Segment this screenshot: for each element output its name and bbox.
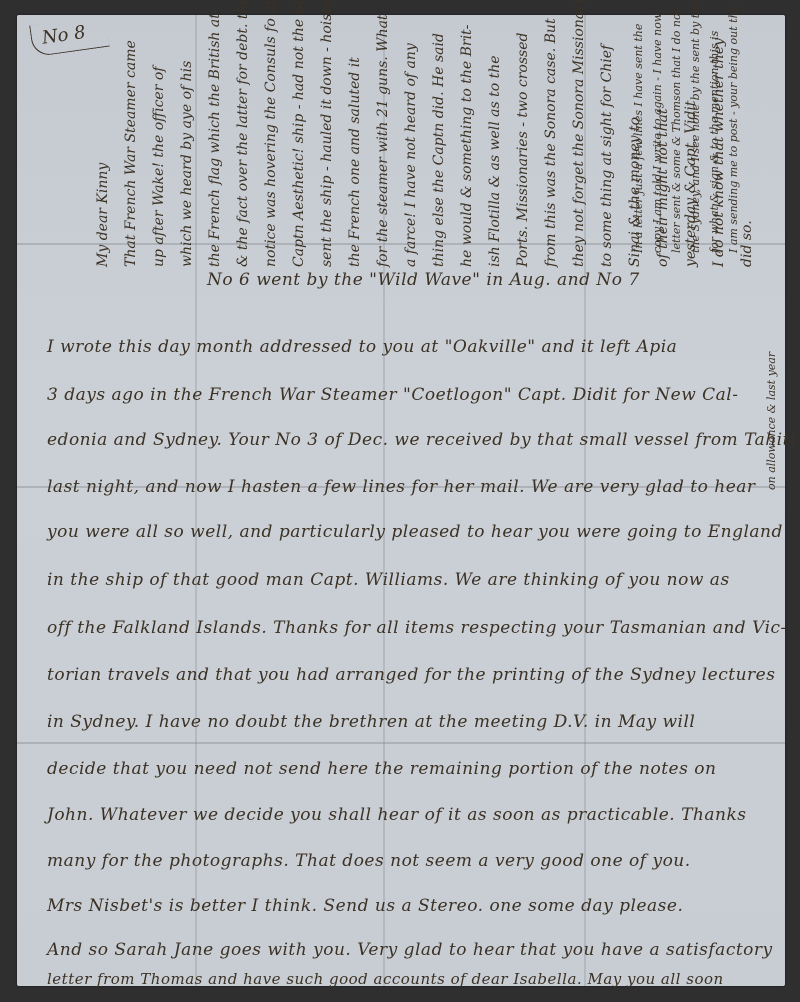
body-line: last night, and now I hasten a few lines… [47,477,756,497]
margin-line: letter sent & some & Thomson that I do n… [667,0,686,253]
margin-line: on allowance & last year [762,352,781,490]
body-line: torian travels and that you had arranged… [47,665,775,685]
cross-line: That French War Steamer came [117,0,145,267]
cross-line: Captn Aesthetic! ship - had not the Sono… [285,0,313,267]
margin-line: I am sending me to post - your being out… [724,0,743,253]
margin-line: for what & sign & to the mention this is [705,0,724,253]
body-line: you were all so well, and particularly p… [47,522,783,542]
letter-page: No 8 My dear Kinny That French War Steam… [17,15,785,986]
body-line: John. Whatever we decide you shall hear … [47,805,746,825]
margin-line: In a letter just a few lines I have sent… [629,0,648,253]
cross-line: sent the ship - hauled it down - hoisted [313,0,341,267]
cross-line: from this was the Sonora case. But [537,0,565,267]
body-line: many for the photographs. That does not … [47,851,691,871]
body-line: off the Falkland Islands. Thanks for all… [47,618,787,638]
salutation: My dear Kinny [89,0,117,267]
cross-line: for the steamer with 21 guns. What [369,0,397,267]
body-line: in the ship of that good man Capt. Willi… [47,570,730,590]
margin-note-side: on allowance & last year [762,352,781,490]
cross-line: thing else the Captn did. He said [425,0,453,267]
fold-crease [17,742,785,744]
body-line: decide that you need not send here the r… [47,759,716,779]
cross-line: the French one and saluted it [341,0,369,267]
margin-note-block: In a letter just a few lines I have sent… [629,0,743,253]
body-line: I wrote this day month addressed to you … [47,337,677,357]
cross-line: he would & something to the Brit- [453,0,481,267]
body-line: Mrs Nisbet's is better I think. Send us … [47,896,683,916]
cross-line: & the fact over the latter for debt. the [229,0,257,267]
cross-line: ish Flotilla & as well as to the [481,0,509,267]
body-line: And so Sarah Jane goes with you. Very gl… [47,940,773,960]
cross-line: they not forget the Sonora Missionary [565,0,593,267]
cross-line: the French flag which the British at- [201,0,229,267]
body-line: in Sydney. I have no doubt the brethren … [47,712,695,732]
cross-line: notice was hovering the Consuls fo at [257,0,285,267]
margin-line: the Sydney, and I see none by the sent b… [686,0,705,253]
cross-line: to some thing at sight for Chief [593,0,621,267]
cross-line: Ports. Missionaries - two crossed [509,0,537,267]
cross-line: up after Wake! the officer of [145,0,173,267]
body-line: letter from Thomas and have such good ac… [47,970,724,988]
body-line: edonia and Sydney. Your No 3 of Dec. we … [47,430,796,450]
body-line: 3 days ago in the French War Steamer "Co… [47,385,738,405]
cross-line: a farce! I have not heard of any [397,0,425,267]
cross-line: which we heard by aye of his [173,0,201,267]
margin-line: copy I am told I write to again - I have… [648,0,667,253]
body-line: No 6 went by the "Wild Wave" in Aug. and… [207,270,640,290]
